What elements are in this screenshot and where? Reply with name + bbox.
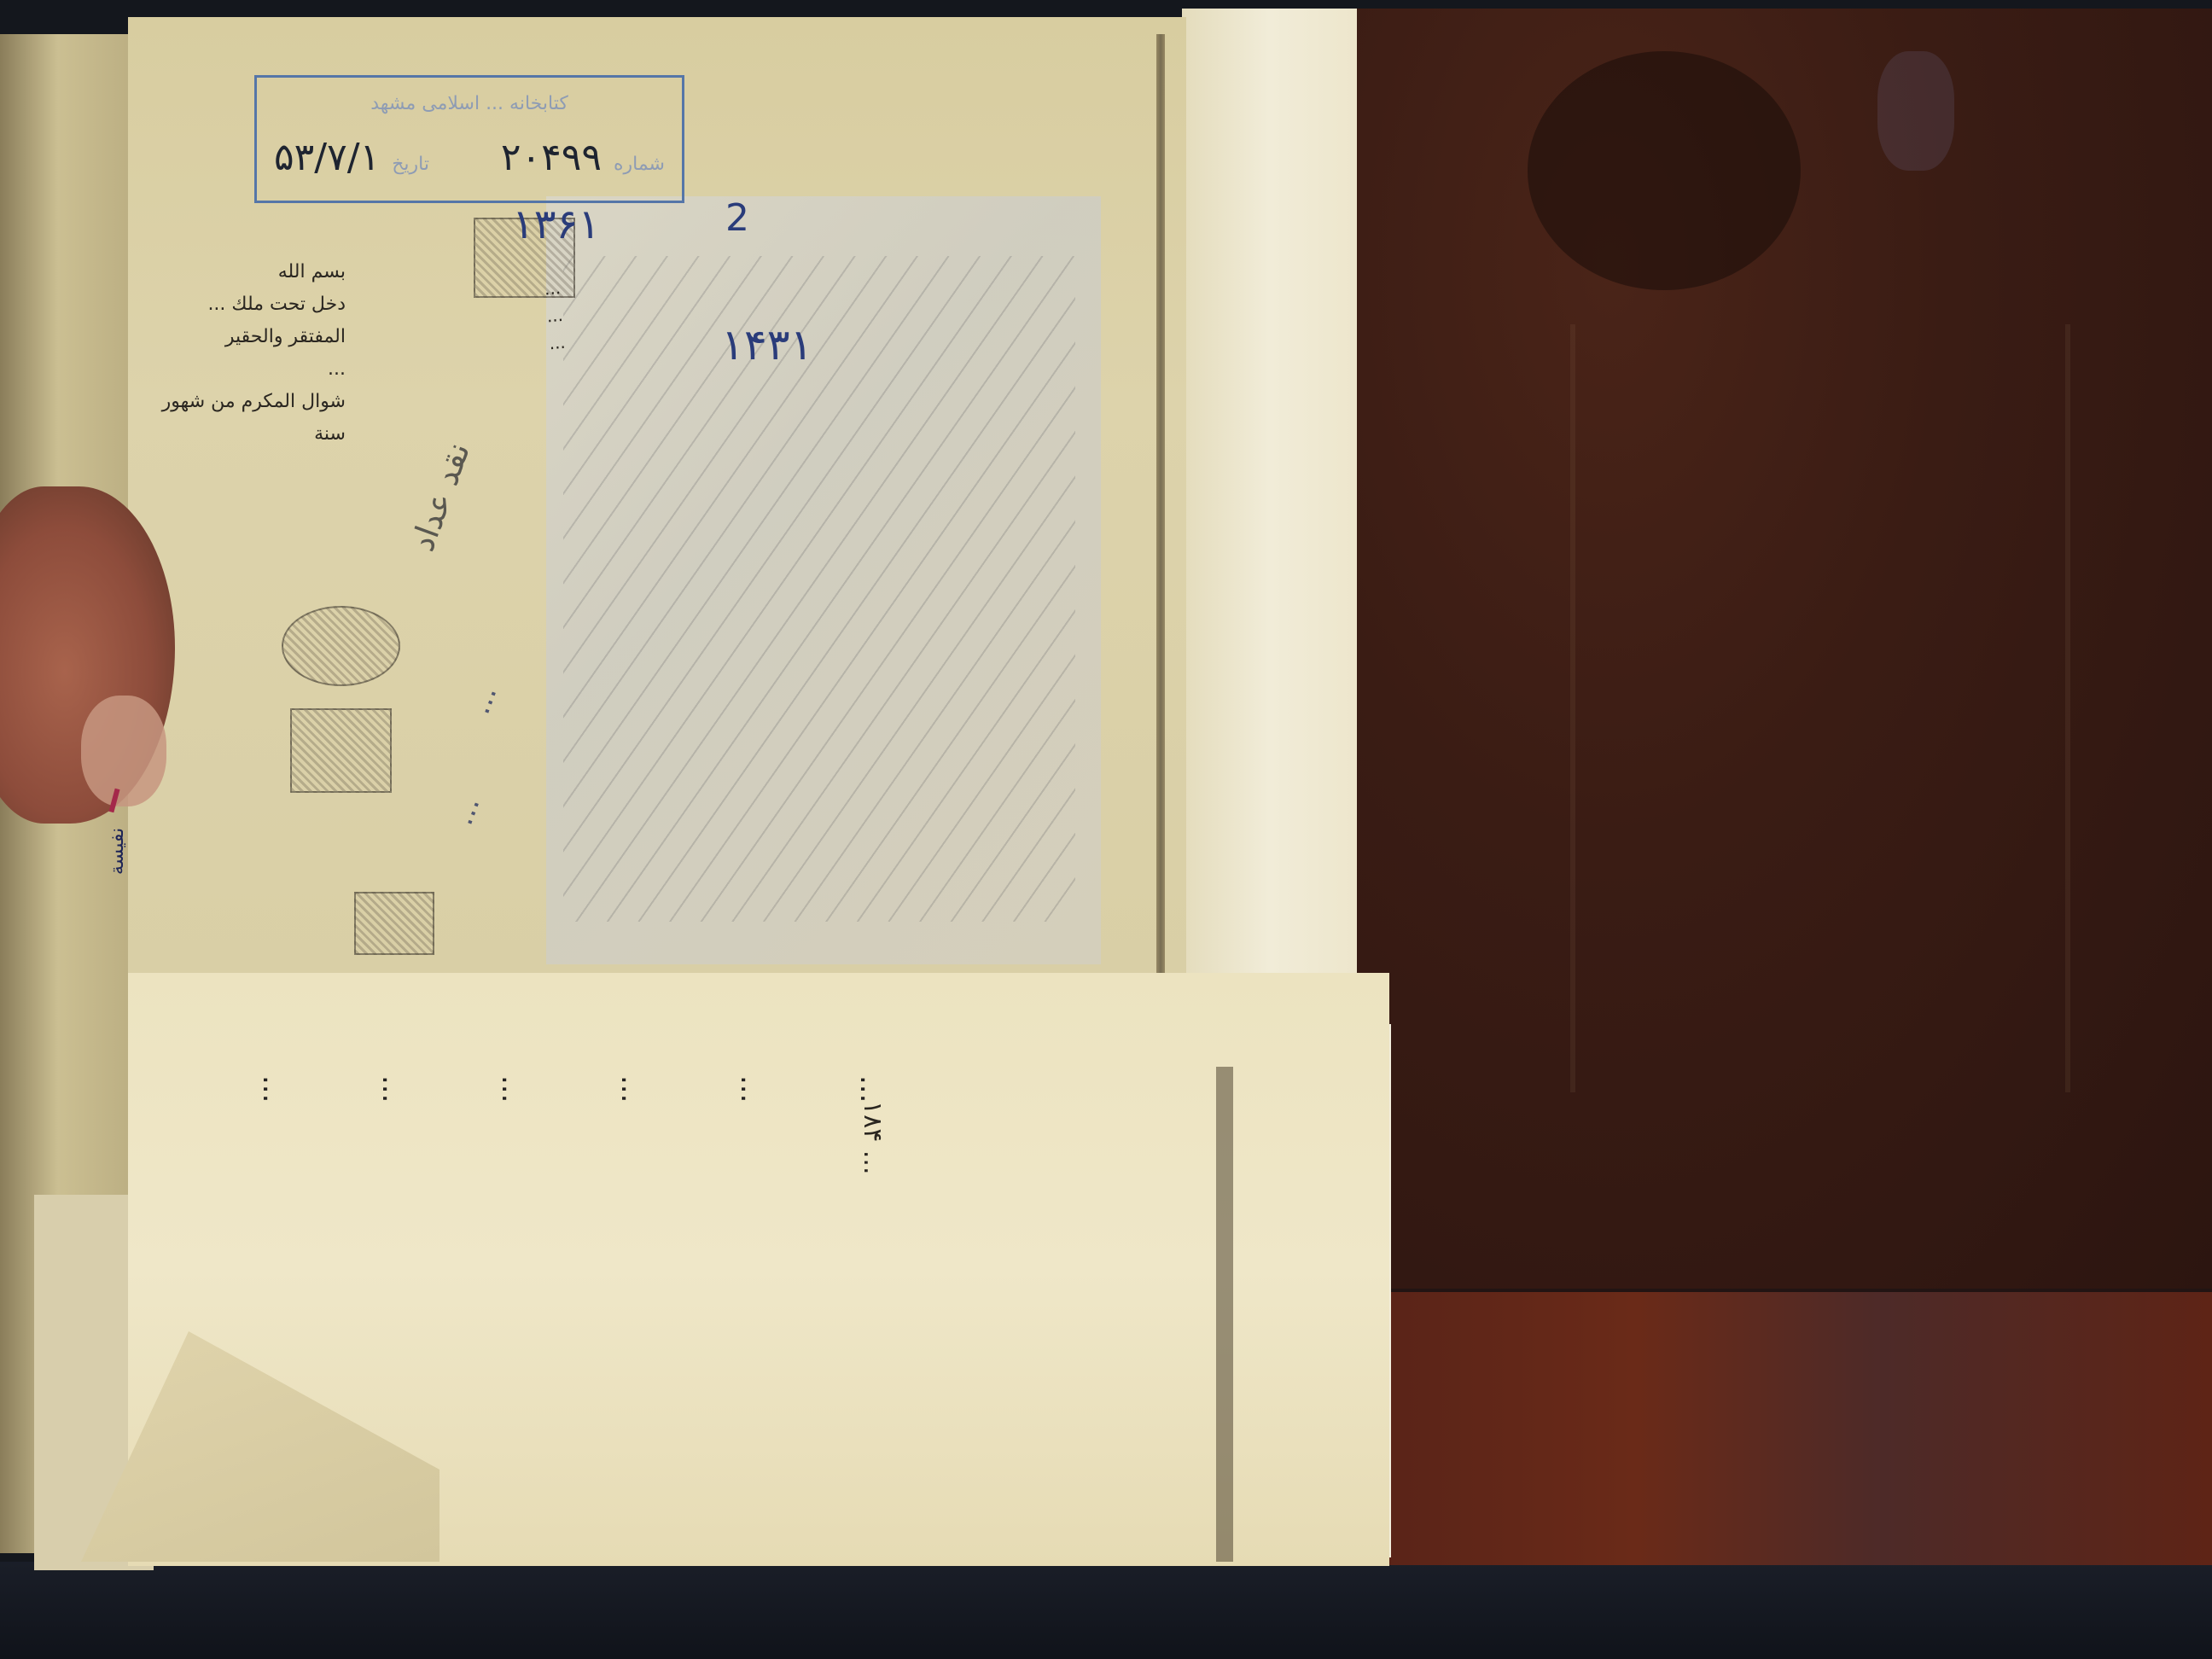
blue-number-top-right: 2 <box>725 196 749 240</box>
stamp-date-group: تاریخ ۵۳/۷/۱ <box>274 136 429 179</box>
note-shadow-fold <box>1216 1067 1233 1562</box>
ownership-line: بسم الله <box>149 256 346 288</box>
library-stamp: کتابخانه ... اسلامی مشهد شماره ۲۰۴۹۹ تار… <box>254 75 684 203</box>
ownership-line: دخل تحت ملك ... <box>149 288 346 321</box>
stamp-date: ۵۳/۷/۱ <box>274 136 380 179</box>
thumbnail <box>81 696 166 806</box>
side-note: نفيسة <box>107 828 128 875</box>
stamp-library-name: کتابخانه ... اسلامی مشهد <box>282 93 656 114</box>
note-line: ... <box>495 1075 529 1103</box>
stamp-number: ۲۰۴۹۹ <box>501 136 602 179</box>
blue-number-middle: ۱۴۳۱ <box>721 320 812 370</box>
ownership-line: المفتقر والحقير <box>149 321 346 353</box>
binding-paper-strip <box>1182 9 1357 1033</box>
square-seal-impression <box>290 708 392 793</box>
stamp-date-label: تاریخ <box>392 154 429 175</box>
page-gutter <box>1156 34 1165 981</box>
note-line: ... <box>734 1075 768 1103</box>
stamp-number-row: شماره ۲۰۴۹۹ تاریخ ۵۳/۷/۱ <box>274 136 665 179</box>
leather-scuff <box>1877 51 1954 171</box>
stamp-number-label: شماره <box>614 154 665 175</box>
faded-text-lines <box>563 256 1075 922</box>
leather-crease <box>2065 324 2070 1092</box>
note-line: ... <box>375 1075 410 1103</box>
note-text-block: ... ... ... ... ... ... <box>137 1075 1024 1553</box>
stamp-number-group: شماره ۲۰۴۹۹ <box>501 136 665 179</box>
table-surface <box>0 1562 2212 1659</box>
oval-seal-impression <box>282 606 400 686</box>
leather-cover-band <box>1389 1289 2212 1565</box>
leather-stain <box>1528 51 1801 290</box>
ownership-line: شوال المكرم من شهور سنة <box>149 386 346 451</box>
ownership-line: ... <box>149 353 346 386</box>
note-line: ... <box>614 1075 649 1103</box>
ownership-note: بسم الله دخل تحت ملك ... المفتقر والحقير… <box>149 256 346 451</box>
leather-crease <box>1570 324 1575 1092</box>
seal-impression <box>354 892 434 955</box>
blue-number-top-left: ۱۳۶۱ <box>512 201 600 248</box>
note-line: ... <box>853 1075 888 1103</box>
note-line: ... <box>256 1075 290 1103</box>
seal-note: ... ... ... <box>381 274 567 371</box>
